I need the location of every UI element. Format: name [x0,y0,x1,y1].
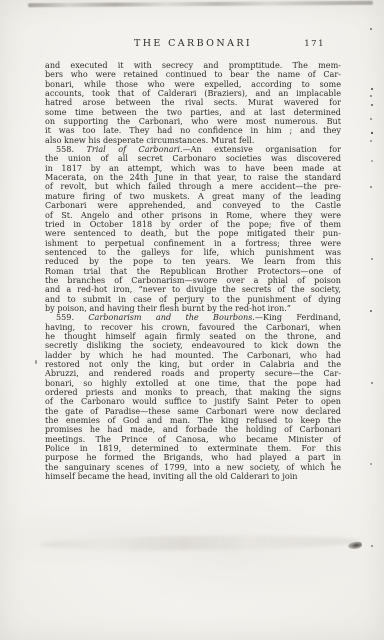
text-segment: Macerata, on the 24th June in that year,… [45,173,341,182]
text-segment: and a red-hot iron, “never to divulge th… [45,285,341,294]
text-line: bonari, while those who were expelled, a… [45,80,341,89]
text-segment: restored not only the king, but order in… [45,360,341,369]
text-segment: meetings. The Prince of Canosa, who beca… [45,435,341,444]
text-segment: it was too late. They had no confidence … [45,126,341,135]
text-line: Roman trial that the Republican Brother … [45,267,341,276]
text-line: Macerata, on the 24th June in that year,… [45,173,341,182]
text-line: bonari, so highly extolled at one time, … [45,379,341,388]
text-block: and executed it with secrecy and prompti… [45,61,341,481]
text-line: accounts, took that of Calderari (Brazie… [45,89,341,98]
text-line: some time between the two parties, and a… [45,108,341,117]
text-segment: also knew his desperate circumstances. M… [45,136,254,145]
text-line: sentenced to the galleys for life, which… [45,248,341,257]
paragraph: 558. Trial of Carbonari.—An extensive or… [45,145,341,313]
text-segment: the union of all secret Carbonaro societ… [45,154,341,163]
text-segment: tried in October 1818 by order of the po… [45,220,341,229]
text-line: he thought himself again firmly seated o… [45,332,341,341]
text-line: reduced by the pope to ten years. We lea… [45,257,341,266]
text-segment: in 1817 by an attempt, which was to have… [45,164,341,173]
text-line: mature firing of two muskets. A great ma… [45,192,341,201]
text-line: Carbonari were apprehended, and conveyed… [45,201,341,210]
text-segment: 559. [56,313,88,322]
text-line: ishment to perpetual confinement in a fo… [45,239,341,248]
text-segment: Police in 1819, determined to exterminat… [45,444,341,453]
text-line: Police in 1819, determined to exterminat… [45,444,341,453]
text-line: 558. Trial of Carbonari.—An extensive or… [45,145,341,154]
text-segment: bonari, while those who were expelled, a… [45,80,341,89]
text-segment: purpose he formed the Brigands, who had … [45,453,341,462]
text-line: on supporting the Carbonari, who were mo… [45,117,341,126]
text-line: the gate of Paradise—these same Carbonar… [45,407,341,416]
text-segment: by poison, and having their flesh burnt … [45,304,291,313]
text-line: it was too late. They had no confidence … [45,126,341,135]
page-header: THE CARBONARI 171 [45,38,341,50]
text-segment: of the Carbonaro would suffice to justif… [45,397,341,406]
text-line: of the Carbonaro would suffice to justif… [45,397,341,406]
text-segment: having, to recover his crown, favoured t… [45,323,341,332]
scan-smudge-bottom [40,534,360,551]
text-segment: hatred arose between the rival sects. Mu… [45,98,341,107]
text-segment: himself became the head, inviting all th… [45,472,298,481]
text-line: and to submit in case of perjury to the … [45,295,341,304]
text-segment: of St. Angelo and other prisons in Rome,… [45,211,341,220]
section-title-italic: Carbonarism and the Bourbons. [88,313,255,322]
text-line: the enemies of God and man. The king ref… [45,416,341,425]
text-line: also knew his desperate circumstances. M… [45,136,341,145]
text-segment: and to submit in case of perjury to the … [45,295,341,304]
text-segment: the gate of Paradise—these same Carbonar… [45,407,341,416]
text-line: were sentenced to death, but the pope mi… [45,229,341,238]
page-number: 171 [304,39,325,49]
text-segment: bers who were retained continued to bear… [45,70,341,79]
text-segment: accounts, took that of Calderari (Brazie… [45,89,341,98]
text-line: purpose he formed the Brigands, who had … [45,453,341,462]
paragraph: and executed it with secrecy and prompti… [45,61,341,145]
text-segment: and executed it with secrecy and prompti… [45,61,341,70]
text-segment: secretly disliking the society, endeavou… [45,341,341,350]
text-segment: —King Ferdinand, [255,313,341,322]
text-segment: the branches of Carbonarism—swore over a… [45,276,341,285]
text-segment: ladder by which he had mounted. The Carb… [45,351,341,360]
text-segment: were sentenced to death, but the pope mi… [45,229,341,238]
text-line: the branches of Carbonarism—swore over a… [45,276,341,285]
scan-speck-column [370,0,372,2]
text-line: of revolt, but which failed through a me… [45,182,341,191]
text-segment: bonari, so highly extolled at one time, … [45,379,341,388]
text-line: promises he had made, and forbade the ho… [45,425,341,434]
text-line: himself became the head, inviting all th… [45,472,341,481]
text-line: Abruzzi, and rendered roads and property… [45,369,341,378]
text-segment: 558. [56,145,86,154]
text-line: secretly disliking the society, endeavou… [45,341,341,350]
text-line: in 1817 by an attempt, which was to have… [45,164,341,173]
text-segment: Carbonari were apprehended, and conveyed… [45,201,341,210]
text-segment: he thought himself again firmly seated o… [45,332,341,341]
text-segment: —An extensive organisation for [183,145,341,154]
text-segment: ordered priests and monks to preach, tha… [45,388,341,397]
text-segment: some time between the two parties, and a… [45,108,341,117]
text-segment: sentenced to the galleys for life, which… [45,248,341,257]
text-segment: ishment to perpetual confinement in a fo… [45,239,341,248]
text-segment: the enemies of God and man. The king ref… [45,416,341,425]
text-segment: Roman trial that the Republican Brother … [45,267,341,276]
text-line: of St. Angelo and other prisons in Rome,… [45,211,341,220]
text-line: ordered priests and monks to preach, tha… [45,388,341,397]
text-line: and executed it with secrecy and prompti… [45,61,341,70]
text-line: tried in October 1818 by order of the po… [45,220,341,229]
text-segment: on supporting the Carbonari, who were mo… [45,117,341,126]
text-line: the union of all secret Carbonaro societ… [45,154,341,163]
text-segment: of revolt, but which failed through a me… [45,182,341,191]
text-line: the sanguinary scenes of 1799, into a ne… [45,463,341,472]
text-line: by poison, and having their flesh burnt … [45,304,341,313]
text-line: having, to recover his crown, favoured t… [45,323,341,332]
scanned-book-page: THE CARBONARI 171 and executed it with s… [0,0,384,640]
text-segment: mature firing of two muskets. A great ma… [45,192,341,201]
text-line: and a red-hot iron, “never to divulge th… [45,285,341,294]
scan-speck-left-margin [35,360,37,364]
text-segment: the sanguinary scenes of 1799, into a ne… [45,463,341,472]
text-line: bers who were retained continued to bear… [45,70,341,79]
section-title-italic: Trial of Carbonari. [86,145,182,154]
text-segment: Abruzzi, and rendered roads and property… [45,369,341,378]
text-line: 559. Carbonarism and the Bourbons.—King … [45,313,341,322]
scan-ink-blob [348,541,363,550]
text-segment: promises he had made, and forbade the ho… [45,425,341,434]
scan-smudge-top [28,1,373,7]
paragraph: 559. Carbonarism and the Bourbons.—King … [45,313,341,481]
text-line: hatred arose between the rival sects. Mu… [45,98,341,107]
text-line: meetings. The Prince of Canosa, who beca… [45,435,341,444]
running-title: THE CARBONARI [45,38,341,49]
text-line: ladder by which he had mounted. The Carb… [45,351,341,360]
text-segment: reduced by the pope to ten years. We lea… [45,257,341,266]
text-line: restored not only the king, but order in… [45,360,341,369]
